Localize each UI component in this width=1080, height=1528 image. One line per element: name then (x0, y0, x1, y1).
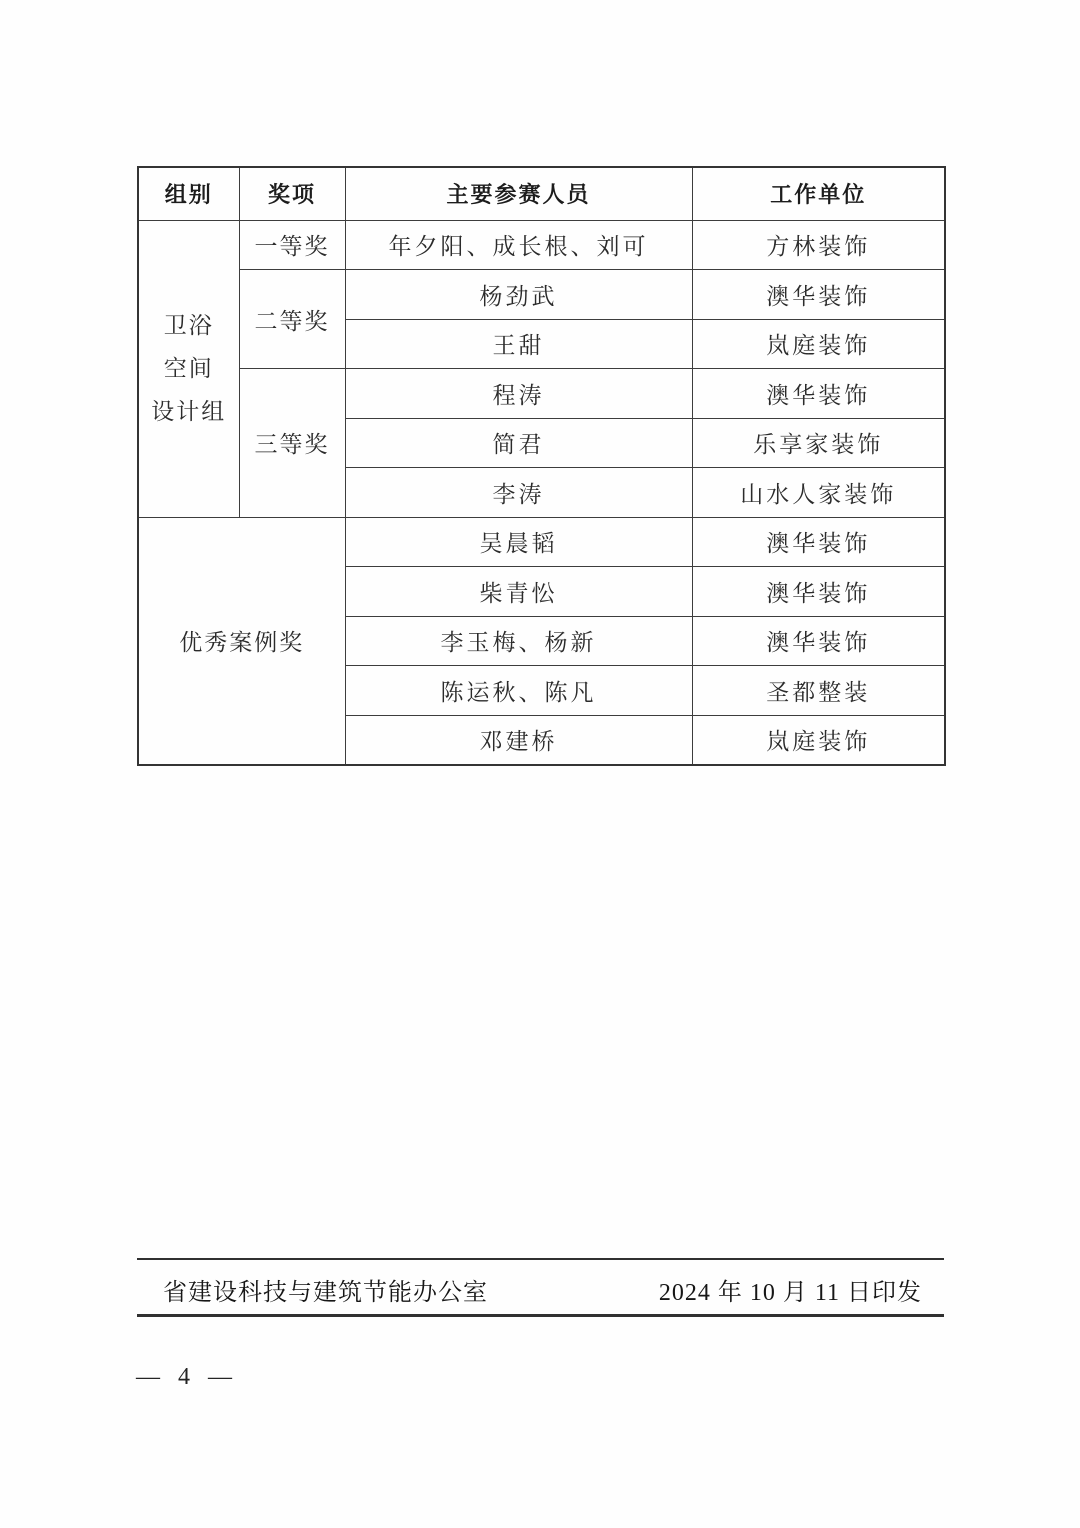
organization-cell: 澳华装饰 (692, 517, 945, 567)
award-cell-second: 二等奖 (239, 270, 345, 369)
participants-cell: 陈运秋、陈凡 (345, 666, 692, 716)
table-header-row: 组别 奖项 主要参赛人员 工作单位 (138, 167, 945, 220)
participants-cell: 简君 (345, 418, 692, 468)
organization-cell: 圣都整装 (692, 666, 945, 716)
participants-cell: 年夕阳、成长根、刘可 (345, 220, 692, 270)
group-cell-excellent-case: 优秀案例奖 (138, 517, 345, 765)
table-row: 二等奖 杨劲武 澳华装饰 (138, 270, 945, 320)
table-row: 卫浴 空间 设计组 一等奖 年夕阳、成长根、刘可 方林装饰 (138, 220, 945, 270)
organization-cell: 岚庭装饰 (692, 319, 945, 369)
group-cell-bathroom: 卫浴 空间 设计组 (138, 220, 239, 517)
footer-print-date: 2024 年 10 月 11 日印发 (659, 1272, 922, 1307)
header-participants: 主要参赛人员 (345, 167, 692, 220)
participants-cell: 李玉梅、杨新 (345, 616, 692, 666)
organization-cell: 澳华装饰 (692, 270, 945, 320)
header-award: 奖项 (239, 167, 345, 220)
page-number: — 4 — (136, 1364, 238, 1391)
organization-cell: 澳华装饰 (692, 567, 945, 617)
award-cell-third: 三等奖 (239, 369, 345, 518)
participants-cell: 程涛 (345, 369, 692, 419)
organization-cell: 方林装饰 (692, 220, 945, 270)
participants-cell: 吴晨韬 (345, 517, 692, 567)
document-page: 组别 奖项 主要参赛人员 工作单位 卫浴 空间 设计组 一等奖 年夕阳、成长根、… (0, 0, 1080, 1528)
header-group: 组别 (138, 167, 239, 220)
participants-cell: 杨劲武 (345, 270, 692, 320)
footer-top-rule (137, 1258, 944, 1260)
table-row: 优秀案例奖 吴晨韬 澳华装饰 (138, 517, 945, 567)
participants-cell: 柴青忪 (345, 567, 692, 617)
footer-bar: 省建设科技与建筑节能办公室 2024 年 10 月 11 日印发 (137, 1272, 944, 1307)
organization-cell: 岚庭装饰 (692, 715, 945, 765)
award-cell-first: 一等奖 (239, 220, 345, 270)
award-table: 组别 奖项 主要参赛人员 工作单位 卫浴 空间 设计组 一等奖 年夕阳、成长根、… (137, 166, 946, 766)
organization-cell: 乐享家装饰 (692, 418, 945, 468)
footer-issuer: 省建设科技与建筑节能办公室 (163, 1272, 488, 1307)
table-row: 三等奖 程涛 澳华装饰 (138, 369, 945, 419)
organization-cell: 山水人家装饰 (692, 468, 945, 518)
organization-cell: 澳华装饰 (692, 369, 945, 419)
participants-cell: 邓建桥 (345, 715, 692, 765)
participants-cell: 王甜 (345, 319, 692, 369)
footer-bottom-rule (137, 1314, 944, 1317)
participants-cell: 李涛 (345, 468, 692, 518)
organization-cell: 澳华装饰 (692, 616, 945, 666)
header-organization: 工作单位 (692, 167, 945, 220)
